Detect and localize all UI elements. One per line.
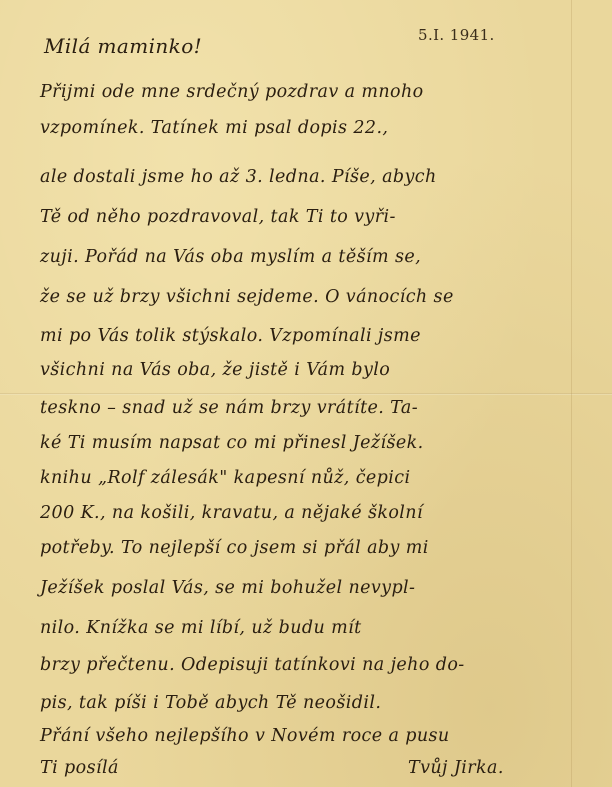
letter-line: Přání všeho nejlepšího v Novém roce a pu… <box>40 726 450 746</box>
signature: Tvůj Jirka. <box>408 758 504 778</box>
letter-page: Milá maminko! 5.I. 1941. Přijmi ode mne … <box>0 0 612 787</box>
letter-line: teskno – snad už se nám brzy vrátíte. Ta… <box>40 398 418 418</box>
salutation: Milá maminko! <box>44 34 202 58</box>
letter-line: zuji. Pořád na Vás oba myslím a těším se… <box>40 247 421 267</box>
letter-line: knihu „Rolf zálesák" kapesní nůž, čepici <box>40 468 410 488</box>
horizontal-fold-crease <box>0 393 612 395</box>
letter-line: brzy přečtenu. Odepisuji tatínkovi na je… <box>40 655 465 675</box>
letter-line: Přijmi ode mne srdečný pozdrav a mnoho <box>40 82 424 102</box>
letter-line: ké Ti musím napsat co mi přinesl Ježíšek… <box>40 433 424 453</box>
letter-line: že se už brzy všichni sejdeme. O vánocíc… <box>40 287 454 307</box>
letter-line: pis, tak píši i Tobě abych Tě neošidil. <box>40 693 381 713</box>
letter-line: ale dostali jsme ho až 3. ledna. Píše, a… <box>40 167 437 187</box>
letter-line: nilo. Knížka se mi líbí, už budu mít <box>40 618 362 638</box>
vertical-fold-crease <box>571 0 572 787</box>
letter-line: potřeby. To nejlepší co jsem si přál aby… <box>40 538 429 558</box>
letter-line: Ježíšek poslal Vás, se mi bohužel nevypl… <box>40 578 415 598</box>
letter-line: Tě od něho pozdravoval, tak Ti to vyři- <box>40 207 396 227</box>
letter-line: Ti posílá <box>40 758 119 778</box>
letter-line: mi po Vás tolik stýskalo. Vzpomínali jsm… <box>40 326 421 346</box>
letter-date: 5.I. 1941. <box>418 26 495 44</box>
letter-line: vzpomínek. Tatínek mi psal dopis 22., <box>40 118 388 138</box>
letter-line: všichni na Vás oba, že jistě i Vám bylo <box>40 360 390 380</box>
letter-line: 200 K., na košili, kravatu, a nějaké ško… <box>40 503 423 523</box>
